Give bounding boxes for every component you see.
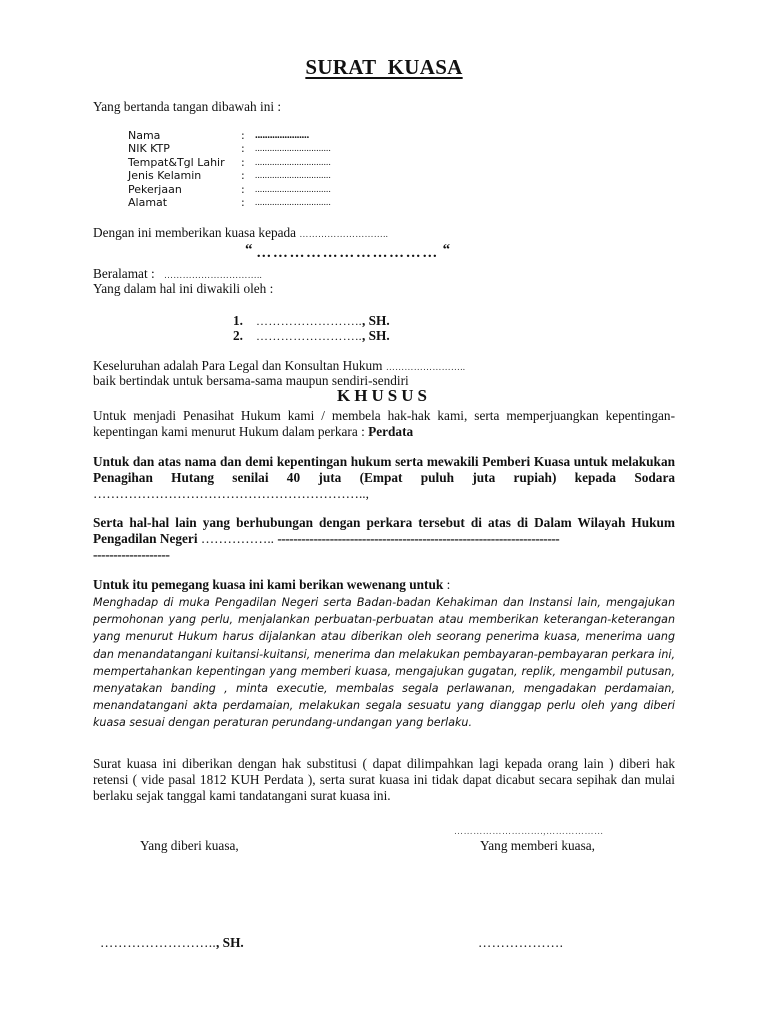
identity-colon: : — [241, 196, 255, 209]
place-date-line: ……………………….,……………… — [454, 826, 604, 837]
identity-label: Nama — [128, 129, 241, 142]
authority-colon: : — [443, 577, 450, 592]
recipient-label: Yang diberi kuasa, — [140, 838, 239, 854]
jurisdiction-paragraph: Serta hal-hal lain yang berhubungan deng… — [93, 515, 675, 563]
case-type: Perdata — [368, 424, 413, 439]
represented-by: Yang dalam hal ini diwakili oleh : — [93, 281, 273, 297]
authority-heading-text: Untuk itu pemegang kuasa ini kami berika… — [93, 577, 443, 592]
representative-2: 2.…………………….., SH. — [233, 328, 390, 344]
authority-heading: Untuk itu pemegang kuasa ini kami berika… — [93, 577, 450, 593]
identity-value: ............................... — [255, 183, 331, 196]
quoted-name-line: “ …………………………… “ — [245, 241, 450, 259]
special-heading: KHUSUS — [0, 386, 768, 406]
recipient-name-suffix: , SH. — [216, 935, 244, 950]
document-title: SURAT KUASA — [0, 55, 768, 80]
rep-number: 2. — [233, 328, 256, 344]
identity-label: Tempat&Tgl Lahir — [128, 156, 241, 169]
rep-suffix: , SH. — [362, 328, 390, 343]
address-dots: ………………………….. — [164, 270, 262, 280]
identity-row: NIK KTP:............................... — [128, 142, 331, 155]
identity-row: Pekerjaan:..............................… — [128, 183, 331, 196]
identity-label: Jenis Kelamin — [128, 169, 241, 182]
mandate-paragraph: Untuk dan atas nama dan demi kepentingan… — [93, 454, 675, 502]
rep-number: 1. — [233, 313, 256, 329]
identity-colon: : — [241, 183, 255, 196]
recipient-name-dots: …………………….. — [100, 935, 216, 950]
grant-line-dots: ……………………….. — [299, 229, 388, 239]
authority-text: Menghadap di muka Pengadilan Negeri sert… — [93, 594, 675, 732]
recipient-signature-name: …………………….., SH. — [100, 935, 244, 951]
identity-colon: : — [241, 129, 255, 142]
address-label: Beralamat : — [93, 266, 155, 281]
identity-label: Alamat — [128, 196, 241, 209]
mandate-dots: …………………………………………………….., — [93, 486, 369, 501]
rep-dots: …………………….. — [256, 329, 362, 343]
identity-colon: : — [241, 169, 255, 182]
identity-value: ............................... — [255, 196, 331, 209]
representative-1: 1.…………………….., SH. — [233, 313, 390, 329]
identity-colon: : — [241, 156, 255, 169]
identity-row: Tempat&Tgl Lahir:.......................… — [128, 156, 331, 169]
legal-line-1: Keseluruhan adalah Para Legal dan Konsul… — [93, 358, 465, 374]
rep-dots: …………………….. — [256, 314, 362, 328]
identity-row: Nama:...................... — [128, 129, 331, 142]
grantor-label: Yang memberi kuasa, — [480, 838, 595, 854]
identity-value: ............................... — [255, 169, 331, 182]
rep-suffix: , SH. — [362, 313, 390, 328]
identity-row: Jenis Kelamin:..........................… — [128, 169, 331, 182]
jurisdiction-dashes-2: ------------------- — [93, 547, 675, 563]
grant-line: Dengan ini memberikan kuasa kepada ……………… — [93, 225, 388, 241]
identity-value: ...................... — [255, 129, 309, 142]
purpose-paragraph: Untuk menjadi Penasihat Hukum kami / mem… — [93, 408, 675, 440]
grant-line-text: Dengan ini memberikan kuasa kepada — [93, 225, 296, 240]
substitution-paragraph: Surat kuasa ini diberikan dengan hak sub… — [93, 756, 675, 804]
document-page: SURAT KUASA Yang bertanda tangan dibawah… — [0, 0, 768, 1024]
grantor-signature-name: ………………. — [478, 935, 563, 951]
address-line: Beralamat : ………………………….. — [93, 266, 262, 282]
identity-value: ............................... — [255, 142, 331, 155]
identity-value: ............................... — [255, 156, 331, 169]
identity-colon: : — [241, 142, 255, 155]
jurisdiction-dots: …………….. — [201, 531, 277, 546]
close-quote: “ — [443, 242, 451, 258]
identity-label: Pekerjaan — [128, 183, 241, 196]
legal-line-1-dots: …………………….. — [386, 362, 466, 372]
mandate-text: Untuk dan atas nama dan demi kepentingan… — [93, 454, 675, 485]
legal-line-1-text: Keseluruhan adalah Para Legal dan Konsul… — [93, 358, 383, 373]
jurisdiction-dashes: ----------------------------------------… — [277, 531, 559, 546]
identity-label: NIK KTP — [128, 142, 241, 155]
quoted-name-dots: …………………………… — [256, 245, 439, 261]
identity-block: Nama:......................NIK KTP:.....… — [128, 129, 331, 209]
intro-text: Yang bertanda tangan dibawah ini : — [93, 99, 281, 115]
open-quote: “ — [245, 242, 253, 258]
identity-row: Alamat:............................... — [128, 196, 331, 209]
